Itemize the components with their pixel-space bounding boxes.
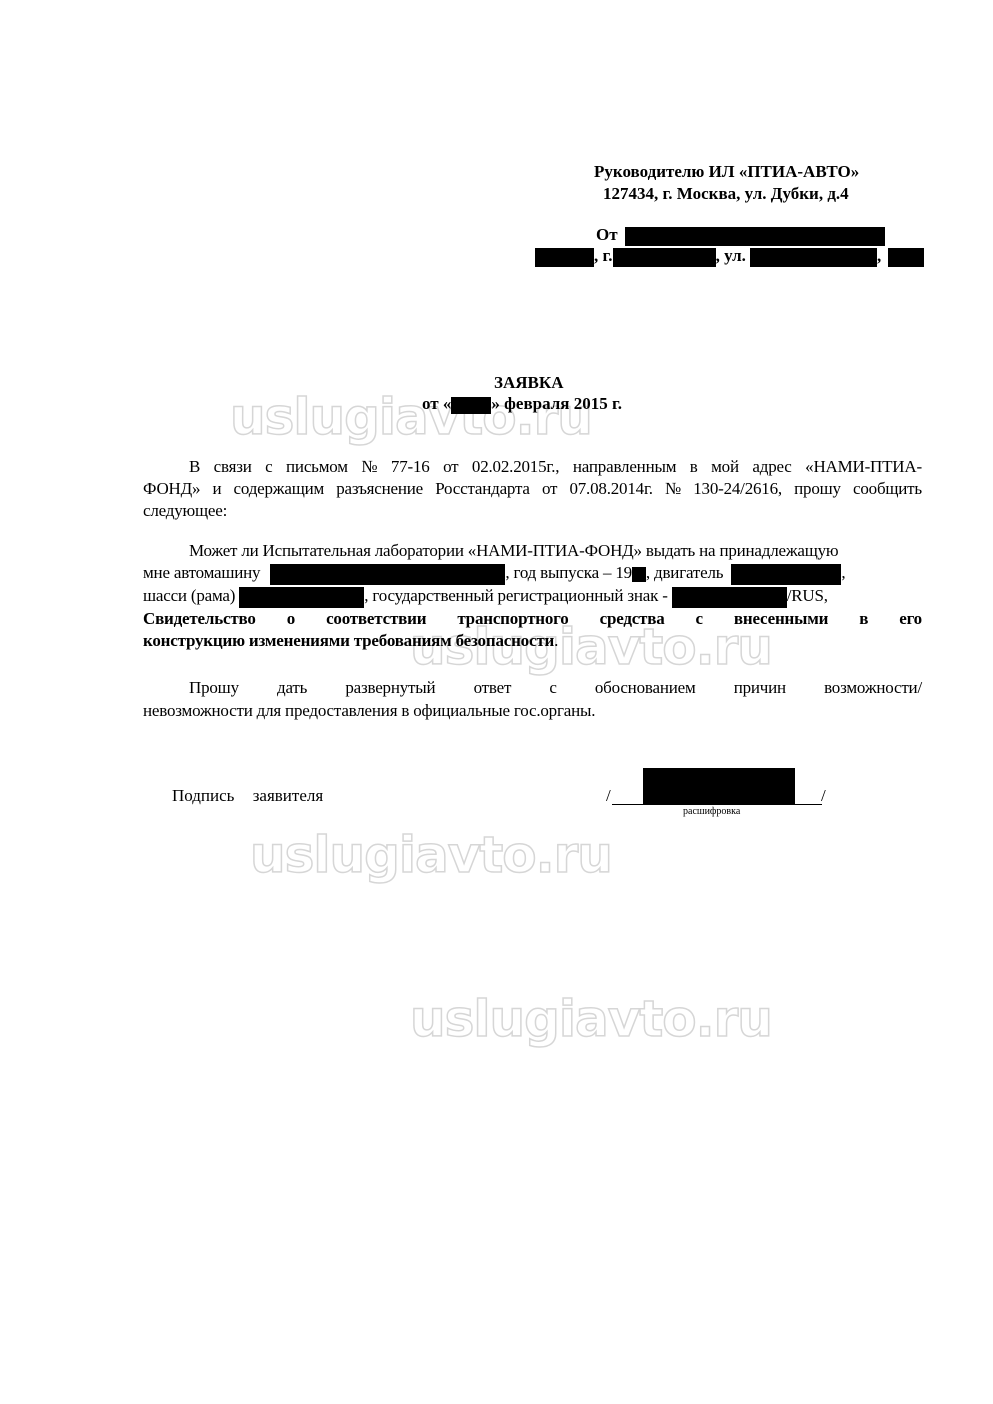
word: Свидетельство: [143, 609, 256, 629]
word: 07.08.2014г.: [569, 479, 652, 499]
redacted-sender-city: [613, 248, 716, 267]
paragraph1-line3: следующее:: [143, 501, 922, 521]
word: ответ: [474, 678, 512, 698]
sender-address: , г., ул.,: [535, 246, 924, 267]
word: причин: [734, 678, 786, 698]
paragraph2-bold-line1: Свидетельствоосоответствиитранспортногос…: [143, 609, 922, 629]
paragraph3-line2: невозможности для предоставления в офици…: [143, 701, 922, 721]
redacted-car-model: [270, 564, 505, 585]
word: Росстандарта: [435, 479, 530, 499]
paragraph2-line3: шасси (рама) , государственный регистрац…: [143, 586, 922, 608]
word: с: [265, 457, 272, 477]
text-car: мне автомашину: [143, 563, 260, 582]
word: с: [549, 678, 556, 698]
redacted-sender-name: [625, 227, 885, 246]
text-rus: /RUS,: [787, 586, 828, 605]
word: связи: [214, 457, 252, 477]
word: №: [361, 457, 377, 477]
word: мой: [711, 457, 739, 477]
city-prefix: , г.: [594, 246, 613, 265]
date-prefix: от «: [422, 394, 451, 413]
word: прошу: [794, 479, 841, 499]
word: направленным: [573, 457, 676, 477]
recipient-name: Руководителю ИЛ «ПТИА-АВТО»: [594, 162, 859, 182]
document-title: ЗАЯВКА: [494, 373, 563, 393]
signature-caption: расшифровка: [683, 806, 740, 817]
word: разъяснение: [336, 479, 423, 499]
text-chassis: шасси (рама): [143, 586, 235, 605]
word: «НАМИ-ПТИА-: [805, 457, 922, 477]
watermark: uslugiavto.ru: [250, 826, 612, 884]
word: от: [443, 457, 458, 477]
word: его: [899, 609, 922, 629]
watermark: uslugiavto.ru: [410, 990, 772, 1048]
redacted-date-day: [451, 397, 491, 414]
word: в: [690, 457, 698, 477]
document-date: от «» февраля 2015 г.: [422, 394, 622, 414]
from-label: От: [596, 225, 618, 244]
sender-comma: ,: [877, 246, 881, 265]
word: в: [859, 609, 868, 629]
text-year: , год выпуска – 19: [505, 563, 632, 582]
word: о: [287, 609, 295, 629]
signature-label-b: заявителя: [253, 786, 323, 805]
word: адрес: [752, 457, 791, 477]
word: от: [542, 479, 557, 499]
redacted-engine-number: [731, 564, 841, 585]
word: сообщить: [853, 479, 922, 499]
redacted-chassis-number: [239, 587, 364, 608]
word: внесенными: [734, 609, 828, 629]
redacted-year: [632, 567, 646, 582]
recipient-address: 127434, г. Москва, ул. Дубки, д.4: [603, 184, 849, 204]
certificate-text: конструкцию изменениями требованиям безо…: [143, 631, 554, 650]
paragraph2-line1: Может ли Испытательная лаборатории «НАМИ…: [189, 541, 922, 561]
date-suffix: » февраля 2015 г.: [491, 394, 622, 413]
paragraph2-bold-line2: конструкцию изменениями требованиям безо…: [143, 631, 922, 651]
word: развернутый: [345, 678, 435, 698]
word: соответствии: [326, 609, 426, 629]
text-comma: ,: [841, 563, 845, 582]
word: ФОНД»: [143, 479, 200, 499]
signature-slash-left: /: [606, 786, 611, 806]
paragraph1-line2: ФОНД»исодержащимразъяснениеРосстандартао…: [143, 479, 922, 499]
word: 130-24/2616,: [693, 479, 782, 499]
word: дать: [277, 678, 307, 698]
word: средства: [600, 609, 665, 629]
word: содержащим: [234, 479, 325, 499]
word: письмом: [286, 457, 348, 477]
word: В: [189, 457, 200, 477]
signature-slash-right: /: [821, 786, 826, 806]
word: Прошу: [189, 678, 239, 698]
paragraph1-line1: Всвязисписьмом№77-16от02.02.2015г.,напра…: [189, 457, 922, 477]
text-period: .: [554, 631, 558, 650]
word: обоснованием: [595, 678, 696, 698]
redacted-signature-name: [643, 768, 795, 805]
word: №: [665, 479, 681, 499]
word: 02.02.2015г.,: [472, 457, 559, 477]
word: транспортного: [457, 609, 568, 629]
redacted-sender-street: [750, 248, 877, 267]
redacted-sender-postcode: [535, 248, 594, 267]
paragraph3-line1: Прошудатьразвернутыйответсобоснованиемпр…: [189, 678, 922, 698]
street-prefix: , ул.: [716, 246, 746, 265]
text-engine: , двигатель: [646, 563, 723, 582]
signature-label-a: Подпись: [172, 786, 234, 805]
paragraph2-line2: мне автомашину , год выпуска – 19, двига…: [143, 563, 922, 585]
text-reg-plate: , государственный регистрационный знак -: [364, 586, 667, 605]
sender-line: От: [596, 225, 885, 246]
word: возможности/: [824, 678, 922, 698]
signature-label: Подпись заявителя: [172, 786, 323, 806]
redacted-sender-house: [888, 248, 924, 267]
word: и: [212, 479, 221, 499]
word: 77-16: [391, 457, 430, 477]
redacted-reg-plate: [672, 587, 787, 608]
word: с: [696, 609, 703, 629]
